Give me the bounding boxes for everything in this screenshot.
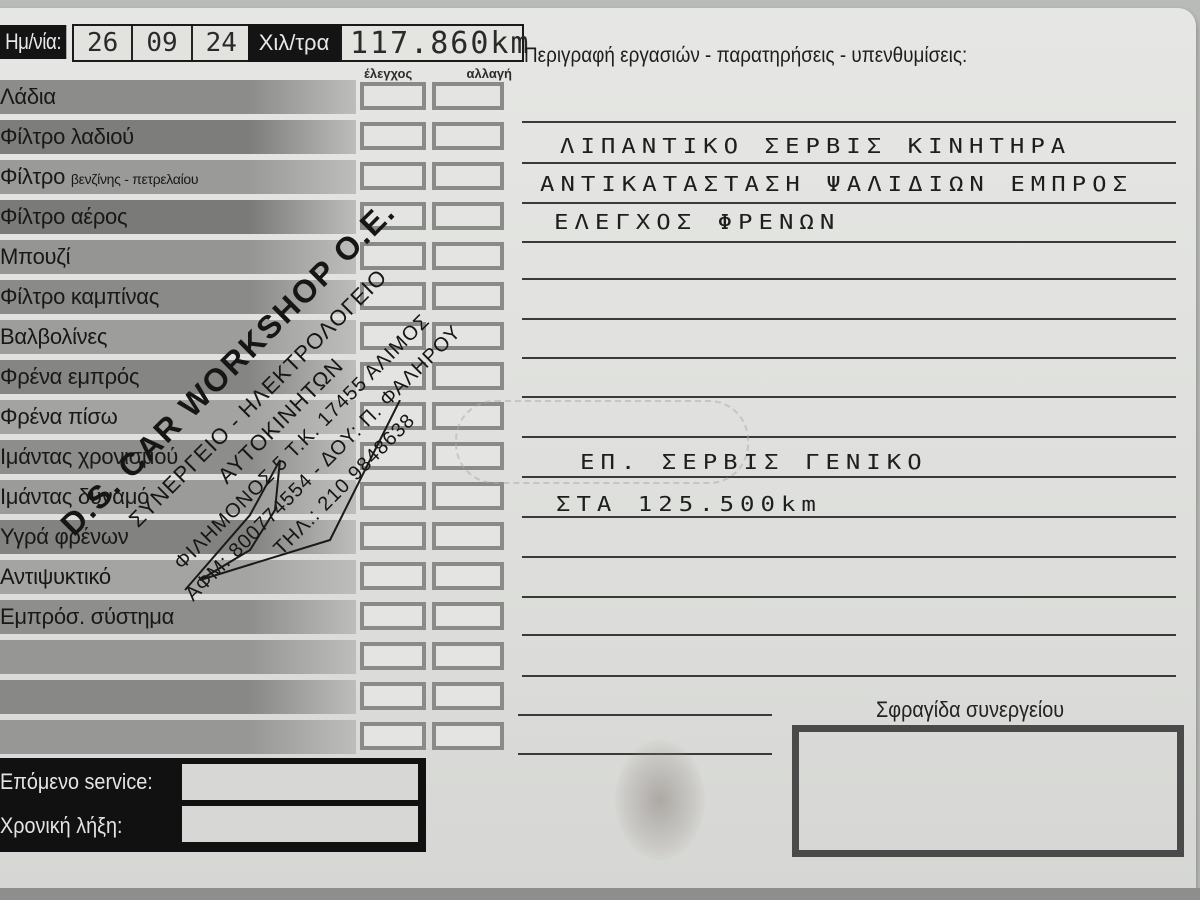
ruled-line: [522, 241, 1176, 243]
date-year[interactable]: 24: [193, 26, 250, 60]
checklist: ΛάδιαΦίλτρο λαδιούΦίλτρο βενζίνης - πετρ…: [0, 80, 510, 760]
ruled-line: [522, 357, 1176, 359]
expiry-row: Χρονική λήξη:: [0, 806, 426, 848]
checklist-row: Αντιψυκτικό: [0, 560, 510, 594]
workshop-stamp-box[interactable]: [792, 725, 1184, 857]
date-label: Ημ/νία:: [0, 25, 66, 59]
check-box[interactable]: [360, 482, 426, 510]
check-box[interactable]: [360, 322, 426, 350]
check-box[interactable]: [360, 402, 426, 430]
ruled-line: [522, 675, 1176, 677]
check-box[interactable]: [360, 202, 426, 230]
check-box[interactable]: [360, 82, 426, 110]
checklist-item-label: Αντιψυκτικό: [0, 564, 111, 590]
check-box[interactable]: [360, 282, 426, 310]
checklist-item-label: Ιμάντας δυναμό: [0, 484, 149, 510]
row-shade: [0, 640, 356, 674]
change-box[interactable]: [432, 162, 504, 190]
change-box[interactable]: [432, 322, 504, 350]
checklist-row: Υγρά φρένων: [0, 520, 510, 554]
checklist-row: Ιμάντας δυναμό: [0, 480, 510, 514]
check-box[interactable]: [360, 562, 426, 590]
workshop-stamp-label: Σφραγίδα συνεργείου: [876, 697, 1064, 723]
change-box[interactable]: [432, 562, 504, 590]
checklist-row: Μπουζί: [0, 240, 510, 274]
change-box[interactable]: [432, 522, 504, 550]
check-box[interactable]: [360, 362, 426, 390]
col-check-header: έλεγχος: [364, 66, 412, 81]
checklist-row: Φρένα εμπρός: [0, 360, 510, 394]
check-box[interactable]: [360, 642, 426, 670]
checklist-item-label: Φίλτρο αέρος: [0, 204, 127, 230]
checklist-row: Βαλβολίνες: [0, 320, 510, 354]
ruled-line: [522, 278, 1176, 280]
date-field[interactable]: 26 09 24: [72, 24, 252, 62]
expiry-label: Χρονική λήξη:: [0, 813, 122, 839]
row-shade: [0, 720, 356, 754]
handwritten-line[interactable]: ΑΝΤΙΚΑΤΑΣΤΑΣΗ ΨΑΛΙΔΙΩΝ ΕΜΠΡΟΣ: [540, 172, 1133, 196]
checklist-row: Φίλτρο λαδιού: [0, 120, 510, 154]
ruled-line: [522, 556, 1176, 558]
ruled-line: [522, 162, 1176, 164]
checklist-row: [0, 640, 510, 674]
next-service-label: Επόμενο service:: [0, 769, 153, 795]
check-box[interactable]: [360, 162, 426, 190]
checklist-item-label: Ιμάντας χρονισμού: [0, 444, 178, 470]
check-box[interactable]: [360, 122, 426, 150]
check-box[interactable]: [360, 602, 426, 630]
ruled-line: [522, 121, 1176, 123]
next-service-field[interactable]: [182, 764, 418, 800]
change-box[interactable]: [432, 242, 504, 270]
checklist-row: Φίλτρο βενζίνης - πετρελαίου: [0, 160, 510, 194]
km-label: Χιλ/τρα: [248, 24, 340, 62]
next-service-row: Επόμενο service:: [0, 762, 426, 804]
checklist-item-label: Φίλτρο λαδιού: [0, 124, 134, 150]
km-field[interactable]: 117.860km: [340, 24, 524, 62]
row-shade: [0, 680, 356, 714]
ruled-line: [522, 596, 1176, 598]
check-box[interactable]: [360, 442, 426, 470]
checklist-row: Φίλτρο καμπίνας: [0, 280, 510, 314]
checklist-item-label: Φρένα εμπρός: [0, 364, 139, 390]
next-service-block: Επόμενο service: Χρονική λήξη:: [0, 758, 426, 852]
description-title: Περιγραφή εργασιών - παρατηρήσεις - υπεν…: [524, 44, 967, 68]
handwritten-line[interactable]: ΣΤΑ 125.500km: [556, 492, 822, 516]
change-box[interactable]: [432, 362, 504, 390]
change-box[interactable]: [432, 482, 504, 510]
change-box[interactable]: [432, 602, 504, 630]
fingerprint-smudge: [615, 740, 705, 860]
ruled-line: [518, 714, 772, 716]
checklist-row: Φρένα πίσω: [0, 400, 510, 434]
check-box[interactable]: [360, 682, 426, 710]
checklist-row: [0, 720, 510, 754]
change-box[interactable]: [432, 122, 504, 150]
checklist-item-label: Υγρά φρένων: [0, 524, 128, 550]
ruled-line: [522, 634, 1176, 636]
check-box[interactable]: [360, 522, 426, 550]
change-box[interactable]: [432, 82, 504, 110]
ruled-line: [522, 396, 1176, 398]
checklist-item-label: Εμπρόσ. σύστημα: [0, 604, 174, 630]
expiry-field[interactable]: [182, 806, 418, 842]
checklist-item-label: Βαλβολίνες: [0, 324, 107, 350]
check-box[interactable]: [360, 242, 426, 270]
checklist-row: Ιμάντας χρονισμού: [0, 440, 510, 474]
handwritten-line[interactable]: ΛΙΠΑΝΤΙΚΟ ΣΕΡΒΙΣ ΚΙΝΗΤΗΡΑ: [560, 134, 1071, 158]
handwritten-line[interactable]: ΕΛΕΓΧΟΣ ΦΡΕΝΩΝ: [554, 210, 840, 234]
change-box[interactable]: [432, 682, 504, 710]
checklist-row: [0, 680, 510, 714]
date-day[interactable]: 26: [74, 26, 133, 60]
date-month[interactable]: 09: [133, 26, 192, 60]
checklist-item-label: Φίλτρο καμπίνας: [0, 284, 159, 310]
check-box[interactable]: [360, 722, 426, 750]
change-box[interactable]: [432, 282, 504, 310]
ruled-line: [522, 516, 1176, 518]
checklist-row: Λάδια: [0, 80, 510, 114]
checklist-row: Φίλτρο αέρος: [0, 200, 510, 234]
checklist-item-label: Φρένα πίσω: [0, 404, 118, 430]
checklist-row: Εμπρόσ. σύστημα: [0, 600, 510, 634]
handwritten-line[interactable]: ΕΠ. ΣΕΡΒΙΣ ΓΕΝΙΚΟ: [580, 450, 928, 474]
checklist-item-label: Λάδια: [0, 84, 56, 110]
date-label-block: Ημ/νία:: [0, 24, 78, 60]
col-change-header: αλλαγή: [467, 66, 512, 81]
column-headers: έλεγχος αλλαγή: [364, 66, 512, 81]
ruled-line: [522, 202, 1176, 204]
ruled-line: [522, 318, 1176, 320]
change-box[interactable]: [432, 722, 504, 750]
table-surface: [0, 888, 1200, 900]
checklist-item-label: Φίλτρο βενζίνης - πετρελαίου: [0, 164, 198, 190]
change-box[interactable]: [432, 202, 504, 230]
checklist-item-label: Μπουζί: [0, 244, 70, 270]
change-box[interactable]: [432, 642, 504, 670]
